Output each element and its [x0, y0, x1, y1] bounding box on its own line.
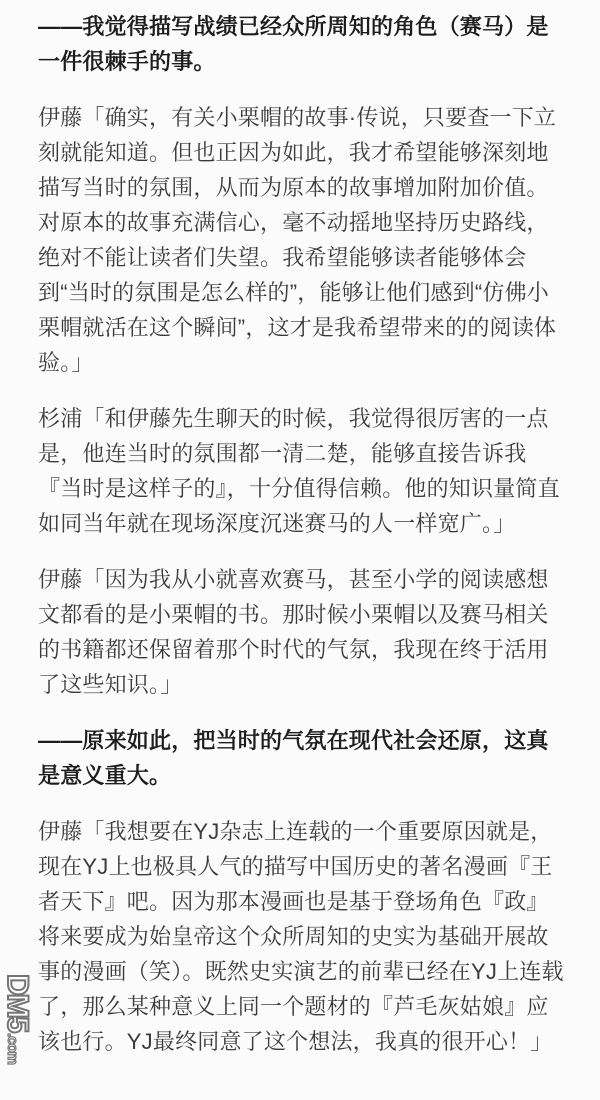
sugiura-answer-1: 杉浦「和伊藤先生聊天的时候，我觉得很厉害的一点是，他连当时的氛围都一清二楚，能够…	[38, 401, 570, 541]
interview-article: ——我觉得描写战绩已经众所周知的角色（赛马）是一件很棘手的事。 伊藤「确实，有关…	[0, 0, 600, 1059]
ito-answer-1: 伊藤「确实，有关小栗帽的故事·传说，只要查一下立刻就能知道。但也正因为如此，我才…	[38, 100, 570, 380]
interviewer-question-1: ——我觉得描写战绩已经众所周知的角色（赛马）是一件很棘手的事。	[38, 9, 570, 79]
interviewer-question-2: ——原来如此，把当时的气氛在现代社会还原，这真是意义重大。	[38, 723, 570, 793]
ito-answer-3: 伊藤「我想要在YJ杂志上连载的一个重要原因就是，现在YJ上也极具人气的描写中国历…	[38, 814, 570, 1059]
ito-answer-2: 伊藤「因为我从小就喜欢赛马，甚至小学的阅读感想文都看的是小栗帽的书。那时候小栗帽…	[38, 562, 570, 702]
